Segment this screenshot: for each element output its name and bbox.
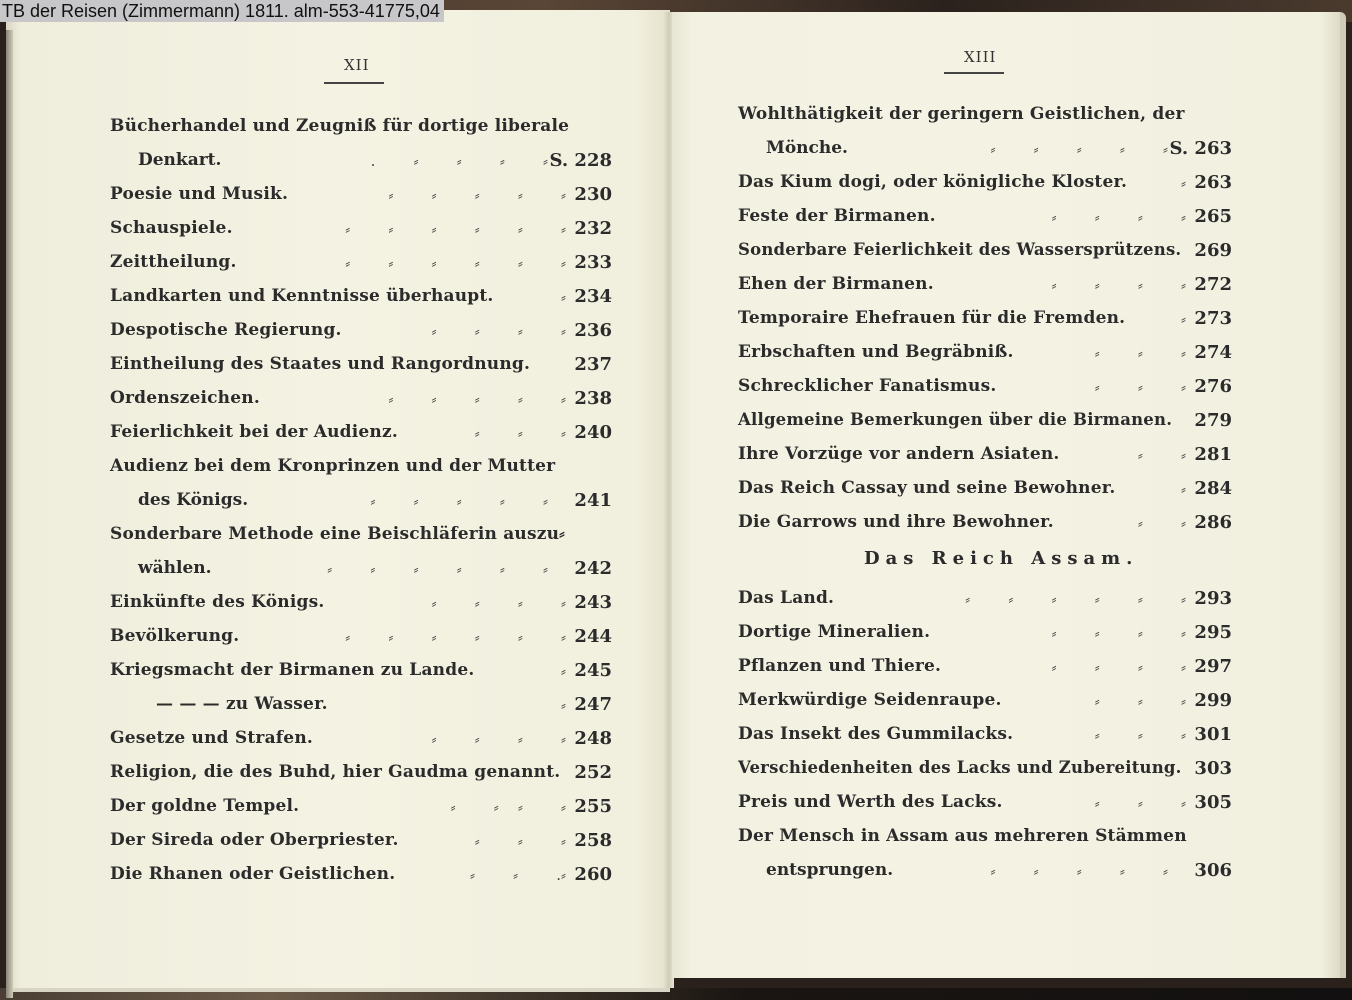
page-number: 238 (574, 388, 612, 409)
toc-entry-title: Das Kium dogi, oder königliche Kloster. (738, 172, 1127, 192)
page-number: 274 (1194, 342, 1232, 363)
dot-leader: ⸗ ⸗ ⸗ ⸗ (1052, 276, 1186, 295)
page-number: 237 (574, 354, 612, 375)
toc-entry: Verschiedenheiten des Lacks und Zubereit… (738, 752, 1232, 786)
toc-entry: Das Kium dogi, oder königliche Kloster.⸗… (738, 166, 1232, 200)
dot-leader: ⸗ ⸗ ⸗ ⸗ ⸗ (370, 492, 548, 511)
toc-entry-title: Feste der Birmanen. (738, 206, 936, 226)
page-number-value: 242 (574, 558, 612, 579)
dot-leader: . ⸗ ⸗ ⸗ ⸗ (371, 152, 548, 171)
page-number: 299 (1194, 690, 1232, 711)
toc-entry-title: Zeittheilung. (110, 252, 237, 272)
page-number: S. 228 (550, 150, 612, 171)
dot-leader: ⸗ ⸗ ⸗ ⸗ ⸗ ⸗ (345, 628, 566, 647)
page-number: 305 (1194, 792, 1232, 813)
toc-entry-title: Das Insekt des Gummilacks. (738, 724, 1013, 744)
toc-entry-continuation: des Königs.⸗ ⸗ ⸗ ⸗ ⸗241 (110, 484, 612, 518)
toc-entry: Das Land.⸗ ⸗ ⸗ ⸗ ⸗ ⸗293 (738, 582, 1232, 616)
toc-entry-title: Der Mensch in Assam aus mehreren Stämmen (738, 826, 1187, 846)
toc-entry: Der goldne Tempel.⸗ ⸗ ⸗ ⸗255 (110, 790, 612, 824)
folio-rule (944, 72, 1004, 74)
dot-leader: ⸗ ⸗ ⸗ ⸗ (432, 730, 566, 749)
left-page: XII Bücherhandel und Zeugniß für dortige… (6, 10, 670, 992)
toc-entry: Merkwürdige Seidenraupe.⸗ ⸗ ⸗299 (738, 684, 1232, 718)
toc-entry-title: Sonderbare Feierlichkeit des Wassersprüt… (738, 240, 1181, 259)
toc-entry-title: Gesetze und Strafen. (110, 728, 313, 748)
toc-entry: Allgemeine Bemerkungen über die Birmanen… (738, 404, 1232, 438)
toc-entry: Ordenszeichen.⸗ ⸗ ⸗ ⸗ ⸗238 (110, 382, 612, 416)
toc-entry-title: Der Sireda oder Oberpriester. (110, 830, 399, 850)
toc-entry-title: Die Garrows und ihre Bewohner. (738, 512, 1054, 532)
toc-entry-title: Der goldne Tempel. (110, 796, 299, 816)
toc-entry-title: Ehen der Birmanen. (738, 274, 934, 294)
toc-entry: Feierlichkeit bei der Audienz.⸗ ⸗ ⸗240 (110, 416, 612, 450)
toc-entry-title: Pflanzen und Thiere. (738, 656, 941, 676)
toc-entry-title: Despotische Regierung. (110, 320, 342, 340)
toc-entry: Preis und Werth des Lacks.⸗ ⸗ ⸗305 (738, 786, 1232, 820)
page-number: 233 (574, 252, 612, 273)
page-number: 281 (1194, 444, 1232, 465)
page-number: 295 (1194, 622, 1232, 643)
dot-leader: ⸗ ⸗ ⸗ ⸗ ⸗ ⸗ (965, 590, 1186, 609)
page-number: 236 (574, 320, 612, 341)
dot-leader: ⸗ ⸗ ⸗ (1095, 344, 1186, 363)
toc-entry: Das Insekt des Gummilacks.⸗ ⸗ ⸗301 (738, 718, 1232, 752)
toc-entry-title: Allgemeine Bemerkungen über die Birmanen… (738, 410, 1172, 429)
toc-entry-title: Feierlichkeit bei der Audienz. (110, 422, 398, 442)
toc-entry-title: Poesie und Musik. (110, 184, 288, 204)
dot-leader: ⸗ ⸗ ⸗ (475, 424, 566, 443)
page-number: 258 (574, 830, 612, 851)
toc-entry: Sonderbare Methode eine Beischläferin au… (110, 518, 612, 552)
toc-entry-title: Die Rhanen oder Geistlichen. (110, 864, 395, 884)
page-number-value: 306 (1194, 860, 1232, 881)
dot-leader: ⸗ (1181, 310, 1186, 329)
toc-entry: Wohlthätigkeit der geringern Geistlichen… (738, 98, 1232, 132)
page-number-value: 228 (574, 150, 612, 171)
dot-leader: ⸗ ⸗ ⸗ ⸗ ⸗ ⸗ (327, 560, 548, 579)
toc-entry-title: Temporaire Ehefrauen für die Fremden. (738, 308, 1125, 328)
dot-leader: ⸗ ⸗ ⸗ ⸗ (1052, 624, 1186, 643)
page-number: 247 (574, 694, 612, 715)
toc-entry-title: Das Reich Cassay und seine Bewohner. (738, 478, 1115, 498)
toc-entry: Despotische Regierung.⸗ ⸗ ⸗ ⸗236 (110, 314, 612, 348)
toc-entry: Ehen der Birmanen.⸗ ⸗ ⸗ ⸗272 (738, 268, 1232, 302)
toc-entry-title: — — — zu Wasser. (156, 694, 328, 714)
table-of-contents-right: Wohlthätigkeit der geringern Geistlichen… (738, 98, 1232, 540)
page-number: 263 (1194, 172, 1232, 193)
page-number: 273 (1194, 308, 1232, 329)
toc-entry-continuation: entsprungen.⸗ ⸗ ⸗ ⸗ ⸗306 (738, 854, 1232, 888)
folio-number: XIII (964, 48, 996, 66)
toc-entry: Der Mensch in Assam aus mehreren Stämmen (738, 820, 1232, 854)
toc-entry-title: Dortige Mineralien. (738, 622, 930, 642)
page-number: 284 (1194, 478, 1232, 499)
toc-entry-title: Preis und Werth des Lacks. (738, 792, 1003, 812)
dot-leader: ⸗ ⸗ ⸗ ⸗ (1052, 208, 1186, 227)
page-number: 286 (1194, 512, 1232, 533)
toc-entry-title: Merkwürdige Seidenraupe. (738, 690, 1002, 710)
dot-leader: ⸗ ⸗ ⸗ ⸗ (451, 798, 566, 817)
toc-entry: Poesie und Musik.⸗ ⸗ ⸗ ⸗ ⸗230 (110, 178, 612, 212)
toc-entry-title: Kriegsmacht der Birmanen zu Lande. (110, 660, 474, 680)
dot-leader: ⸗ ⸗ ⸗ ⸗ ⸗ ⸗ (345, 220, 566, 239)
page-number: 245 (574, 660, 612, 681)
toc-entry-continuation: wählen.⸗ ⸗ ⸗ ⸗ ⸗ ⸗242 (110, 552, 612, 586)
toc-entry: Schrecklicher Fanatismus.⸗ ⸗ ⸗276 (738, 370, 1232, 404)
toc-entry: Schauspiele.⸗ ⸗ ⸗ ⸗ ⸗ ⸗232 (110, 212, 612, 246)
dot-leader: ⸗ ⸗ ⸗ ⸗ (432, 594, 566, 613)
toc-entry-title-continued: Mönche. (766, 138, 848, 158)
toc-entry: Eintheilung des Staates und Rangordnung.… (110, 348, 612, 382)
dot-leader: ⸗ ⸗ .⸗ (470, 866, 566, 885)
dot-leader: ⸗ ⸗ ⸗ (1095, 794, 1186, 813)
toc-entry: Feste der Birmanen.⸗ ⸗ ⸗ ⸗265 (738, 200, 1232, 234)
toc-entry-title: Einkünfte des Königs. (110, 592, 325, 612)
toc-entry: — — — zu Wasser.⸗247 (110, 688, 612, 722)
toc-entry: Gesetze und Strafen.⸗ ⸗ ⸗ ⸗248 (110, 722, 612, 756)
folio-rule (324, 82, 384, 84)
page-number: 265 (1194, 206, 1232, 227)
dot-leader: ⸗ ⸗ ⸗ ⸗ ⸗ (388, 186, 566, 205)
page-number: 234 (574, 286, 612, 307)
toc-entry-title: Wohlthätigkeit der geringern Geistlichen… (738, 104, 1185, 124)
toc-entry: Zeittheilung.⸗ ⸗ ⸗ ⸗ ⸗ ⸗233 (110, 246, 612, 280)
toc-entry: Die Garrows und ihre Bewohner.⸗ ⸗286 (738, 506, 1232, 540)
page-number: 303 (1194, 758, 1232, 779)
toc-entry: Bevölkerung.⸗ ⸗ ⸗ ⸗ ⸗ ⸗244 (110, 620, 612, 654)
page-number: 230 (574, 184, 612, 205)
page-number: 248 (574, 728, 612, 749)
page-number: S. 263 (1170, 138, 1232, 159)
dot-leader: ⸗ ⸗ (1138, 446, 1186, 465)
page-number: 269 (1194, 240, 1232, 261)
toc-entry: Die Rhanen oder Geistlichen.⸗ ⸗ .⸗260 (110, 858, 612, 892)
toc-entry-title: Audienz bei dem Kronprinzen und der Mutt… (110, 456, 555, 476)
toc-entry: Erbschaften und Begräbniß.⸗ ⸗ ⸗274 (738, 336, 1232, 370)
toc-entry-title: Erbschaften und Begräbniß. (738, 342, 1014, 362)
page-number: 241 (574, 490, 612, 511)
toc-entry-title: Eintheilung des Staates und Rangordnung. (110, 354, 530, 374)
dot-leader: ⸗ (561, 288, 566, 307)
toc-entry-title: Sonderbare Methode eine Beischläferin au… (110, 524, 565, 544)
toc-entry-title-continued: des Königs. (138, 490, 248, 510)
page-number: 260 (574, 864, 612, 885)
section-heading: Das Reich Assam. (864, 548, 1138, 569)
toc-entry-title: Landkarten und Kenntnisse überhaupt. (110, 286, 494, 306)
page-number: 243 (574, 592, 612, 613)
dot-leader: ⸗ ⸗ ⸗ ⸗ ⸗ (388, 390, 566, 409)
dot-leader: ⸗ ⸗ (1138, 514, 1186, 533)
page-number: 244 (574, 626, 612, 647)
right-page: XIII Wohlthätigkeit der geringern Geistl… (672, 12, 1346, 978)
folio-number: XII (344, 56, 370, 74)
page-number-value: 241 (574, 490, 612, 511)
toc-entry-title-continued: entsprungen. (766, 860, 893, 880)
toc-entry: Bücherhandel und Zeugniß für dortige lib… (110, 110, 612, 144)
toc-entry-continuation: Denkart.. ⸗ ⸗ ⸗ ⸗S. 228 (110, 144, 612, 178)
page-number: 279 (1194, 410, 1232, 431)
toc-entry-title-continued: wählen. (138, 558, 212, 578)
page-number: 272 (1194, 274, 1232, 295)
toc-entry-title: Religion, die des Buhd, hier Gaudma gena… (110, 762, 560, 782)
toc-entry: Einkünfte des Königs.⸗ ⸗ ⸗ ⸗243 (110, 586, 612, 620)
dot-leader: ⸗ (1181, 174, 1186, 193)
page-prefix: S. (550, 150, 569, 171)
toc-entry: Dortige Mineralien.⸗ ⸗ ⸗ ⸗295 (738, 616, 1232, 650)
toc-entry-title: Verschiedenheiten des Lacks und Zubereit… (738, 758, 1182, 777)
page-number: 276 (1194, 376, 1232, 397)
page-number: 255 (574, 796, 612, 817)
dot-leader: ⸗ ⸗ ⸗ ⸗ (1052, 658, 1186, 677)
page-prefix: S. (1170, 138, 1189, 159)
toc-entry: Temporaire Ehefrauen für die Fremden.⸗27… (738, 302, 1232, 336)
toc-entry: Religion, die des Buhd, hier Gaudma gena… (110, 756, 612, 790)
dot-leader: ⸗ (561, 662, 566, 681)
toc-entry-title: Schauspiele. (110, 218, 233, 238)
toc-entry-title-continued: Denkart. (138, 150, 221, 170)
toc-entry: Audienz bei dem Kronprinzen und der Mutt… (110, 450, 612, 484)
page-number-value: 263 (1194, 138, 1232, 159)
dot-leader: ⸗ ⸗ ⸗ (1095, 692, 1186, 711)
dot-leader: ⸗ ⸗ ⸗ ⸗ (432, 322, 566, 341)
toc-entry-title: Bevölkerung. (110, 626, 239, 646)
page-number: 232 (574, 218, 612, 239)
page-number: 293 (1194, 588, 1232, 609)
page-number: 306 (1194, 860, 1232, 881)
toc-entry: Kriegsmacht der Birmanen zu Lande.⸗245 (110, 654, 612, 688)
page-number: 240 (574, 422, 612, 443)
dot-leader: ⸗ ⸗ ⸗ ⸗ ⸗ ⸗ (345, 254, 566, 273)
table-of-contents-left: Bücherhandel und Zeugniß für dortige lib… (110, 110, 612, 892)
toc-entry-title: Das Land. (738, 588, 834, 608)
dot-leader: ⸗ (1181, 480, 1186, 499)
toc-entry: Pflanzen und Thiere.⸗ ⸗ ⸗ ⸗297 (738, 650, 1232, 684)
toc-entry-title: Ihre Vorzüge vor andern Asiaten. (738, 444, 1060, 464)
table-of-contents-assam: Das Land.⸗ ⸗ ⸗ ⸗ ⸗ ⸗293Dortige Mineralie… (738, 582, 1232, 888)
toc-entry: Ihre Vorzüge vor andern Asiaten.⸗ ⸗281 (738, 438, 1232, 472)
toc-entry-title: Ordenszeichen. (110, 388, 260, 408)
toc-entry: Der Sireda oder Oberpriester.⸗ ⸗ ⸗258 (110, 824, 612, 858)
page-number: 242 (574, 558, 612, 579)
page-number: 301 (1194, 724, 1232, 745)
page-edge (6, 30, 13, 998)
dot-leader: ⸗ ⸗ ⸗ ⸗ ⸗ (990, 140, 1168, 159)
toc-entry-title: Bücherhandel und Zeugniß für dortige lib… (110, 116, 569, 136)
toc-entry: Landkarten und Kenntnisse überhaupt.⸗234 (110, 280, 612, 314)
image-caption: TB der Reisen (Zimmermann) 1811. alm-553… (0, 0, 444, 22)
dot-leader: ⸗ ⸗ ⸗ (1095, 378, 1186, 397)
dot-leader: ⸗ (561, 696, 566, 715)
toc-entry: Das Reich Cassay und seine Bewohner.⸗284 (738, 472, 1232, 506)
toc-entry-continuation: Mönche.⸗ ⸗ ⸗ ⸗ ⸗S. 263 (738, 132, 1232, 166)
dot-leader: ⸗ ⸗ ⸗ (1095, 726, 1186, 745)
page-number: 297 (1194, 656, 1232, 677)
page-number: 252 (574, 762, 612, 783)
dot-leader: ⸗ ⸗ ⸗ (475, 832, 566, 851)
dot-leader: ⸗ ⸗ ⸗ ⸗ ⸗ (990, 862, 1168, 881)
toc-entry: Sonderbare Feierlichkeit des Wassersprüt… (738, 234, 1232, 268)
toc-entry-title: Schrecklicher Fanatismus. (738, 376, 996, 396)
